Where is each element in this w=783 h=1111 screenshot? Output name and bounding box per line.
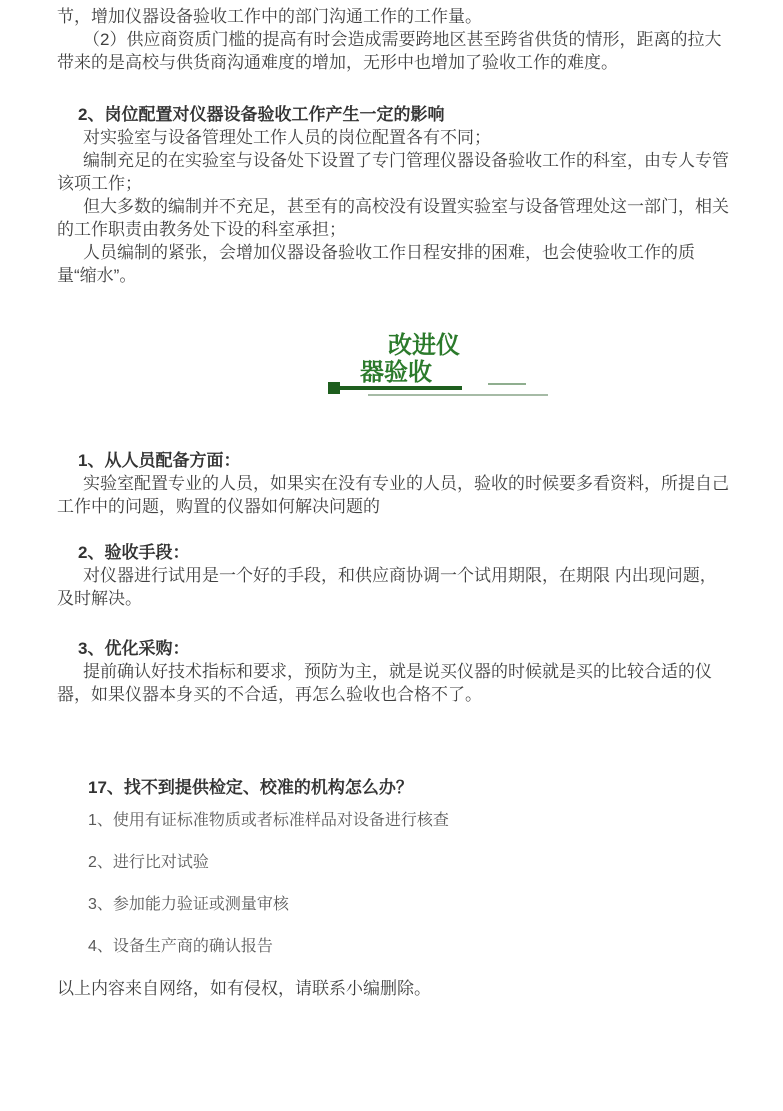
section2-paragraph-4: 人员编制的紧张，会增加仪器设备验收工作日程安排的困难，也会使验收工作的质 量“缩… [57,241,747,287]
list-item: 3、参加能力验证或测量审核 [88,893,747,916]
improve-paragraph-personnel: 实验室配置专业的人员，如果实在没有专业的人员，验收的时候要多看资料，所提自己 工… [57,472,747,518]
section2-paragraph-2: 编制充足的在实验室与设备处下设置了专门管理仪器设备验收工作的科室，由专人专管 该… [57,149,747,195]
improve-heading-personnel: 1、从人员配备方面： [57,449,747,472]
improve-heading-acceptance-means: 2、验收手段： [57,541,747,564]
list-item: 4、设备生产商的确认报告 [88,935,747,958]
article-content: 节，增加仪器设备验收工作中的部门沟通工作的工作量。 （2）供应商资质门槛的提高有… [0,0,783,1000]
improve-paragraph-acceptance-means: 对仪器进行试用是一个好的手段，和供应商协调一个试用期限，在期限 内出现问题， 及… [57,564,747,610]
question17-heading: 17、找不到提供检定、校准的机构怎么办？ [57,776,747,799]
green-section-divider: 改进仪 器验收 [57,287,747,434]
divider-title-line-1: 改进仪 [388,334,460,358]
list-item: 1、使用有证标准物质或者标准样品对设备进行核查 [88,809,747,832]
divider-thin-line-long [368,394,548,396]
divider-thin-line-short [488,383,526,385]
divider-square-icon [328,382,340,394]
intro-fragment-paragraph: 节，增加仪器设备验收工作中的部门沟通工作的工作量。 [57,5,747,28]
divider-thick-line [340,386,462,390]
section2-paragraph-1: 对实验室与设备管理处工作人员的岗位配置各有不同； [57,126,747,149]
question17-answer-list: 1、使用有证标准物质或者标准样品对设备进行核查 2、进行比对试验 3、参加能力验… [57,809,747,958]
improve-heading-procurement: 3、优化采购： [57,637,747,660]
source-disclaimer: 以上内容来自网络，如有侵权，请联系小编删除。 [57,977,747,1000]
section2-paragraph-3: 但大多数的编制并不充足，甚至有的高校没有设置实验室与设备管理处这一部门，相关 的… [57,195,747,241]
divider-title-line-2: 器验收 [360,361,432,385]
improve-paragraph-procurement: 提前确认好技术指标和要求，预防为主，就是说买仪器的时候就是买的比较合适的仪 器，… [57,660,747,706]
list-item: 2、进行比对试验 [88,851,747,874]
supplier-threshold-paragraph: （2）供应商资质门槛的提高有时会造成需要跨地区甚至跨省供货的情形，距离的拉大 带… [57,28,747,74]
article-page: 节，增加仪器设备验收工作中的部门沟通工作的工作量。 （2）供应商资质门槛的提高有… [0,0,783,1111]
section2-heading: 2、岗位配置对仪器设备验收工作产生一定的影响 [57,103,747,126]
